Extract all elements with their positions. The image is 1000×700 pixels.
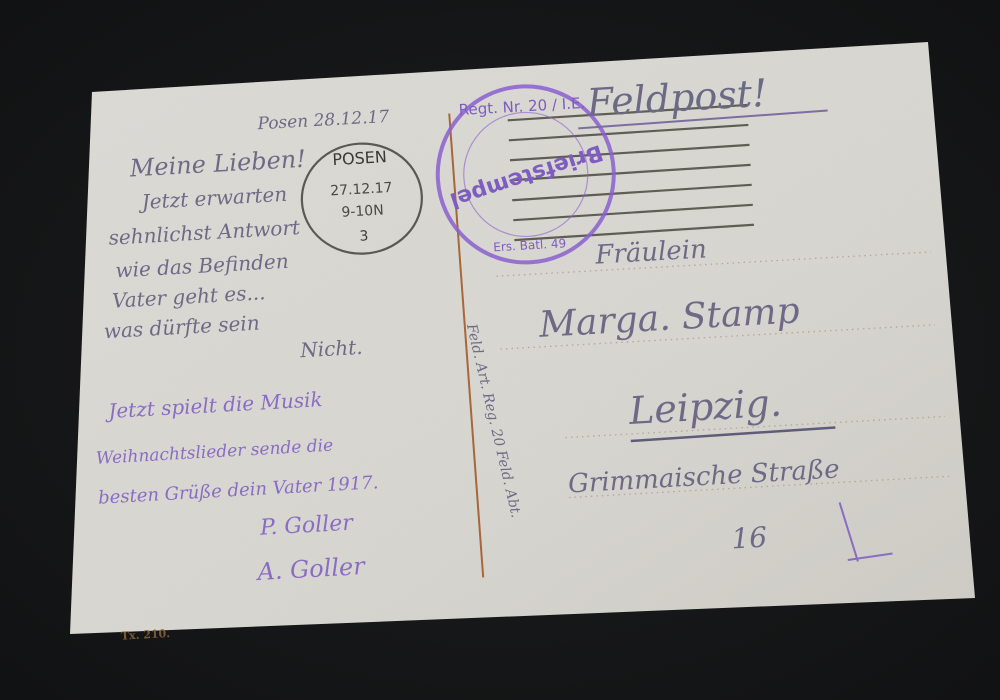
address-city: Leipzig. [627, 381, 783, 434]
postmark-city: POSEN [332, 147, 387, 169]
card-grain [70, 42, 975, 634]
signature-1: P. Goller [258, 511, 354, 541]
postcard: POSEN 27.12.17 9-10N 3 Regt. Nr. 20 / I.… [70, 42, 975, 644]
postcard-photo: POSEN 27.12.17 9-10N 3 Regt. Nr. 20 / I.… [0, 0, 1000, 700]
postmark-time: 9-10N [341, 202, 384, 220]
address-number: 16 [731, 521, 768, 556]
address-salutation: Fräulein [594, 234, 708, 270]
postmark-number: 3 [359, 228, 369, 244]
svg-text:Nicht.: Nicht. [299, 335, 364, 363]
print-code: Tx. 210. [121, 627, 171, 643]
